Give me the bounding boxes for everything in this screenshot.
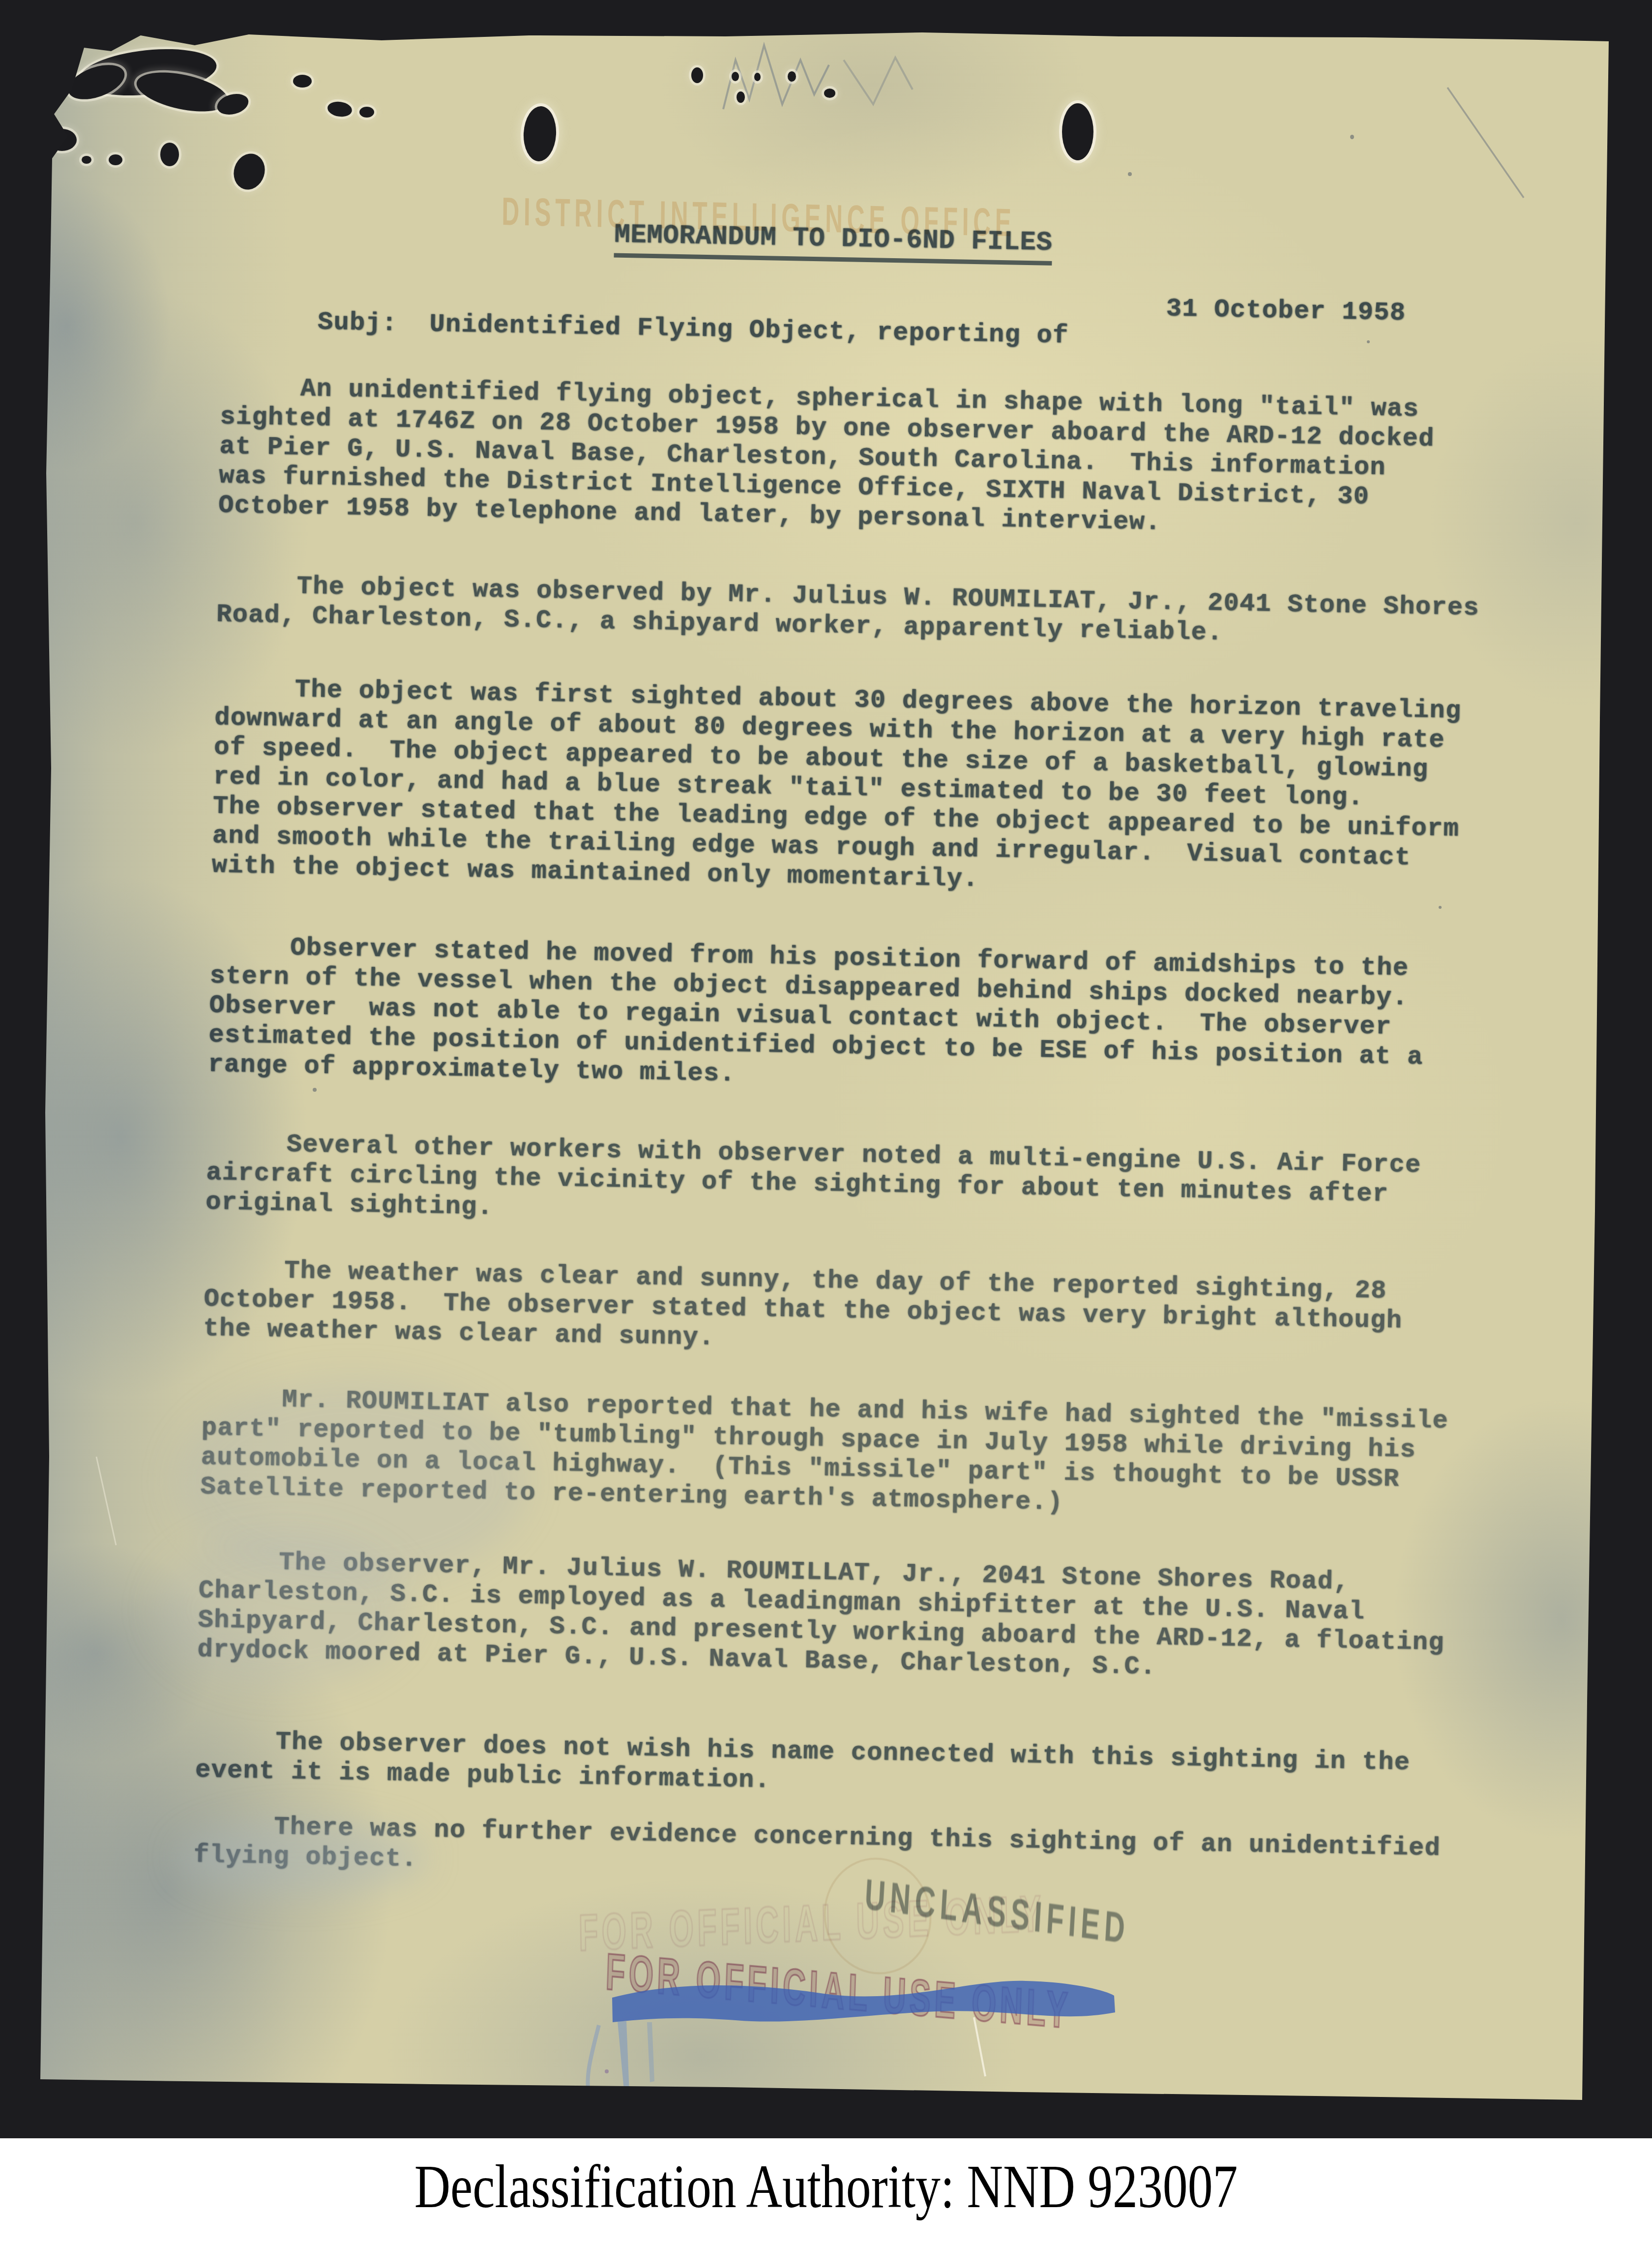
punch-hole-left — [522, 105, 558, 162]
pencil-scratch — [1447, 88, 1524, 198]
marker-drip — [618, 2021, 629, 2095]
ink-speck — [1439, 906, 1442, 909]
paper-tear — [359, 107, 374, 118]
paper-tear — [788, 71, 796, 82]
ink-speck — [726, 447, 729, 450]
paper-tear — [293, 75, 312, 88]
memo-paragraph-5: Several other workers with observer note… — [206, 1129, 1421, 1239]
memo-paragraph-9: The observer does not wish his name conn… — [195, 1726, 1410, 1807]
ink-speck — [1367, 340, 1370, 343]
paper-tear — [737, 91, 745, 103]
fouo-stamp: FOR OFFICIAL USE ONLY — [605, 1943, 1072, 2040]
memo-paragraph-2: The object was observed by Mr. Julius W.… — [216, 570, 1479, 653]
paper-tear — [109, 154, 122, 165]
paper-tear — [732, 72, 739, 81]
footer-band: Declassification Authority: NND 923007 — [0, 2138, 1652, 2245]
paper-tear — [824, 89, 835, 98]
marker-drip — [588, 2025, 599, 2094]
document-page: DISTRICT INTELLIGENCE OFFICE MEMORANDUM … — [37, 30, 1611, 2102]
marker-drip — [647, 2022, 654, 2082]
paper-tear — [754, 73, 761, 81]
memo-paragraph-3: The object was first sighted about 30 de… — [211, 674, 1462, 903]
ink-speck — [313, 1088, 317, 1092]
pencil-scribble — [844, 58, 913, 104]
ink-speckle — [605, 2069, 609, 2073]
memo-paragraph-4: Observer stated he moved from his positi… — [208, 932, 1425, 1102]
memo-paragraph-1: An unidentified flying object, spherical… — [218, 373, 1435, 542]
memo-title: MEMORANDUM TO DIO-6ND FILES — [614, 220, 1052, 266]
memo-paragraph-8: The observer, Mr. Julius W. ROUMILLAT, J… — [197, 1547, 1445, 1687]
ink-speck — [1350, 135, 1354, 139]
paper-tear — [160, 143, 179, 166]
paper-crease — [96, 1457, 116, 1545]
memo-paragraph-10: There was no further evidence concerning… — [193, 1811, 1441, 1892]
paper-tear — [82, 156, 91, 164]
declassification-note: Declassification Authority: NND 923007 — [414, 2152, 1238, 2222]
paper-tear — [229, 150, 269, 194]
paper-tear — [326, 100, 353, 119]
memo-paragraph-7: Mr. ROUMILIAT also reported that he and … — [200, 1384, 1448, 1525]
punch-hole-right — [1062, 103, 1093, 160]
ink-speck — [1128, 172, 1132, 176]
subject-line: Subj: Unidentified Flying Object, report… — [317, 308, 1069, 351]
memo-paragraph-6: The weather was clear and sunny, the day… — [203, 1255, 1403, 1366]
memo-date: 31 October 1958 — [1166, 294, 1406, 328]
paper-tear — [691, 67, 703, 83]
